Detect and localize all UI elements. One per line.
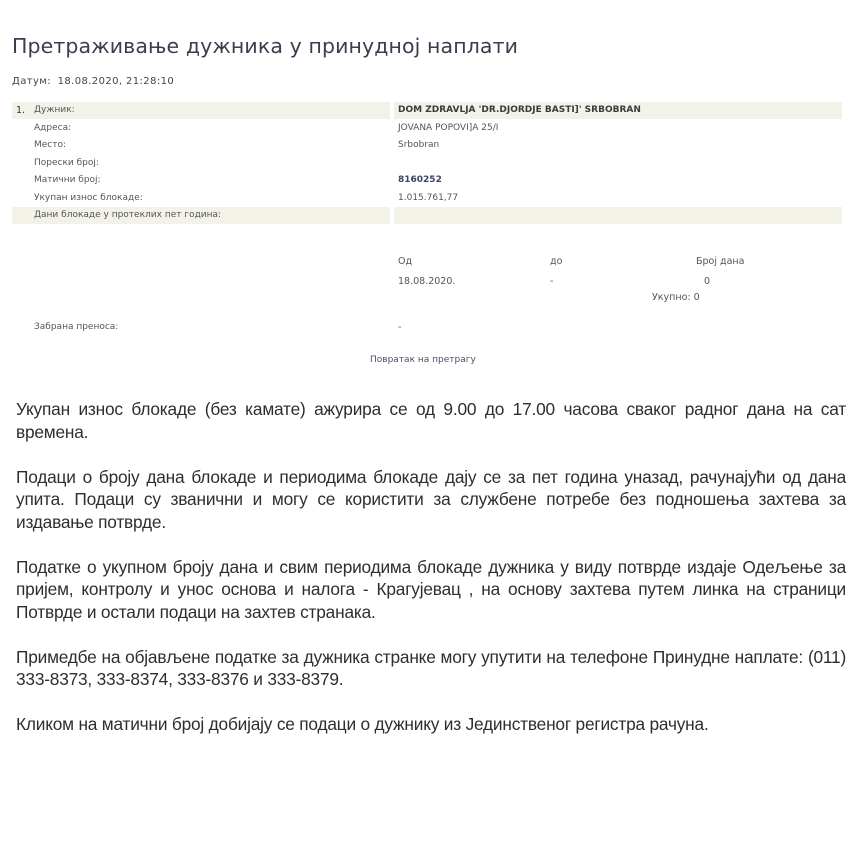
note-registry: Кликом на матични број добијају се подац… — [16, 713, 846, 736]
periods-total: Укупно: 0 — [394, 292, 814, 312]
header-days: Број дана — [696, 256, 744, 267]
total-block-value: 1.015.761,77 — [398, 190, 458, 207]
note-phones: Примедбе на објављене податке за дужника… — [16, 646, 846, 691]
period-days: 0 — [704, 276, 734, 287]
block-periods-table: Од до Број дана 18.08.2020. - 0 Укупно: … — [394, 252, 814, 312]
debtor-row-tax-id: Порески број: — [12, 155, 842, 173]
debtor-row-name: 1. Дужник: DOM ZDRAVLJA 'DR.DJORDJE BAST… — [12, 102, 842, 120]
block-days-label: Дани блокаде у протеклих пет година: — [34, 207, 221, 224]
note-five-years: Подаци о броју дана блокаде и периодима … — [16, 466, 846, 534]
info-notes: Укупан износ блокаде (без камате) ажурир… — [16, 398, 846, 758]
date-value: 18.08.2020, 21:28:10 — [58, 76, 175, 87]
period-to: - — [550, 276, 553, 287]
date-line: Датум: 18.08.2020, 21:28:10 — [12, 76, 174, 87]
place-value: Srbobran — [398, 137, 439, 154]
header-from: Од — [398, 256, 412, 267]
registry-id-label: Матични број: — [34, 172, 101, 189]
place-label: Место: — [34, 137, 66, 154]
debtor-row-registry-id: Матични број: 8160252 — [12, 172, 842, 190]
period-from: 18.08.2020. — [398, 276, 455, 287]
debtor-row-block-days: Дани блокаде у протеклих пет година: — [12, 207, 842, 225]
transfer-ban-label: Забрана преноса: — [34, 322, 118, 332]
periods-header: Од до Број дана — [394, 252, 814, 272]
note-certificate: Податке о укупном броју дана и свим пери… — [16, 556, 846, 624]
debtor-row-total-block: Укупан износ блокаде: 1.015.761,77 — [12, 190, 842, 208]
back-to-search-link[interactable]: Повратак на претрагу — [370, 355, 476, 365]
page-title: Претраживање дужника у принудној наплати — [12, 34, 518, 58]
debtor-row-address: Адреса: JOVANA POPOVI]A 25/I — [12, 120, 842, 138]
total-label: Укупно: — [652, 292, 691, 303]
total-block-label: Укупан износ блокаде: — [34, 190, 143, 207]
period-row: 18.08.2020. - 0 — [394, 272, 814, 292]
debtor-name-value: DOM ZDRAVLJA 'DR.DJORDJE BASTI]' SRBOBRA… — [398, 102, 641, 119]
debtor-name-label: Дужник: — [34, 102, 75, 119]
transfer-ban-value: - — [398, 322, 401, 333]
debtor-index: 1. — [16, 102, 25, 119]
tax-id-label: Порески број: — [34, 155, 99, 172]
header-to: до — [550, 256, 562, 267]
debtor-row-place: Место: Srbobran — [12, 137, 842, 155]
address-label: Адреса: — [34, 120, 71, 137]
note-update-hours: Укупан износ блокаде (без камате) ажурир… — [16, 398, 846, 443]
address-value: JOVANA POPOVI]A 25/I — [398, 120, 498, 137]
total-value: 0 — [694, 292, 700, 303]
date-label: Датум: — [12, 76, 51, 87]
registry-id-link[interactable]: 8160252 — [398, 172, 442, 189]
debtor-table: 1. Дужник: DOM ZDRAVLJA 'DR.DJORDJE BAST… — [12, 102, 842, 225]
